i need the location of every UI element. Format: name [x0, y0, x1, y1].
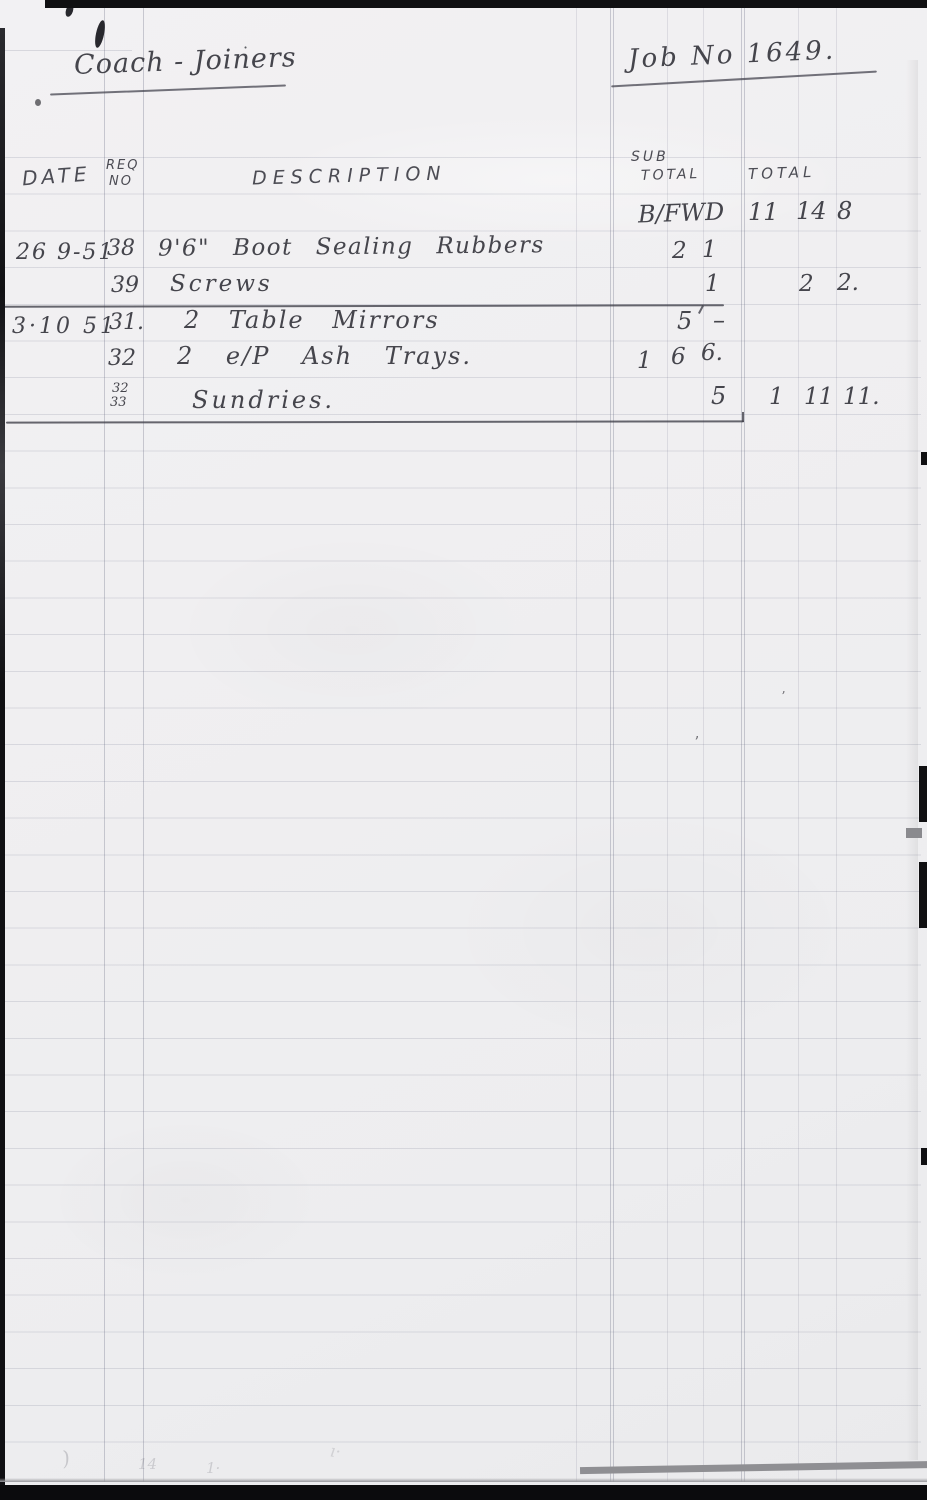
col-header-subtotal-line1: SUB	[631, 149, 669, 165]
col-header-req-line1: REQ	[106, 158, 139, 173]
scan-artifact-right-5	[921, 1148, 927, 1165]
scan-artifact-right-3	[906, 828, 922, 838]
row5-sub-pence: 5	[711, 382, 726, 410]
paper-right-edge-shadow	[906, 60, 918, 1460]
job-number: Job No 1649.	[627, 35, 836, 74]
subtotal-rule-2-tick	[742, 412, 744, 422]
row1-sub-shillings: 2	[672, 238, 687, 264]
column-rule-date-req	[104, 8, 105, 1482]
column-rule-subtotal-pence	[703, 8, 704, 1482]
column-rule-subtotal-left-a	[610, 8, 611, 1482]
faint-mark-1: )	[60, 1445, 73, 1470]
scan-artifact-right-4	[919, 862, 927, 928]
row5-total-pounds: 1	[769, 384, 784, 410]
row3-description: 2 Table Mirrors	[184, 306, 440, 334]
col-header-description: DESCRIPTION	[252, 162, 447, 189]
ledger-title: Coach - Joiners	[74, 42, 298, 81]
row3-sub-pence: –	[713, 306, 725, 334]
col-header-date: DATE	[21, 162, 91, 191]
col-header-total: TOTAL	[748, 163, 816, 183]
faint-mark-3: 1·	[206, 1459, 220, 1477]
row2-description: Screws	[170, 271, 273, 297]
row2-req-no: 39	[111, 273, 139, 298]
faint-mark-2: 14	[138, 1455, 157, 1473]
pencil-speck-2: ʼ	[781, 690, 785, 705]
row4-req-no: 32	[108, 346, 136, 371]
ink-dot	[35, 99, 41, 106]
scanned-ledger-page: Coach - Joiners Job No 1649. DATE REQ NO…	[0, 0, 927, 1500]
row2-sub-pence: 1	[705, 271, 720, 297]
column-rule-req-description	[143, 8, 144, 1482]
pencil-speck-1: ʼ	[694, 733, 699, 751]
row4-description: 2 e/P Ash Trays.	[177, 342, 472, 370]
row5-total-pence: 11.	[843, 384, 880, 410]
scan-shadow-bottom-right	[580, 1461, 927, 1474]
row4-sub-pence: 6.	[701, 340, 723, 366]
row3-date: 3·10 51	[12, 314, 117, 339]
row3-req-no: 31.	[109, 310, 144, 335]
row2-total-pence: 2.	[837, 270, 859, 296]
column-rule-total-shillings	[798, 8, 799, 1482]
row1-req-no: 38	[107, 236, 135, 261]
column-rule-total-left-a	[741, 8, 742, 1482]
row-bfwd-total-pounds: 11	[748, 198, 779, 226]
row1-sub-pence: 1	[702, 237, 717, 263]
col-header-subtotal-line2: TOTAL	[641, 166, 701, 184]
title-underline	[50, 84, 286, 95]
faint-mark-4: ı·	[329, 1441, 343, 1462]
row4-sub-shillings: 6	[671, 344, 686, 370]
col-header-req-line2: NO	[109, 174, 133, 189]
row5-total-shillings: 11	[804, 384, 833, 410]
scan-edge-left	[0, 28, 5, 1488]
row4-sub-pounds: 1	[637, 348, 652, 374]
pencil-speck-3: ·	[243, 38, 248, 57]
column-rule-faint-1	[576, 8, 577, 1482]
column-rule-total-left-b	[744, 8, 745, 1482]
subtotal-rule-2	[6, 420, 744, 423]
scan-shadow-bottom	[0, 1478, 927, 1482]
row1-description: 9'6" Boot Sealing Rubbers	[158, 232, 545, 261]
row-bfwd-total-shillings: 14	[796, 197, 827, 225]
scan-artifact-right-2	[919, 766, 927, 822]
column-rule-subtotal-shillings	[667, 8, 668, 1482]
row-bfwd-total-pence: 8	[837, 197, 852, 225]
scan-edge-bottom	[0, 1485, 927, 1500]
row5-req-no-top: 32	[112, 381, 129, 396]
row5-description: Sundries.	[192, 386, 335, 414]
column-rule-subtotal-left-b	[613, 8, 614, 1482]
scan-artifact-right-1	[921, 452, 927, 465]
row2-total-shillings: 2	[799, 271, 814, 297]
row1-date: 26 9-51	[16, 240, 114, 265]
column-rule-total-pence	[836, 8, 837, 1482]
scan-edge-top	[45, 0, 927, 8]
row-bfwd-desc: B/FWD	[638, 198, 725, 229]
row5-req-no-bottom: 33	[110, 395, 127, 410]
row3-sub-shillings: 5	[677, 307, 692, 335]
